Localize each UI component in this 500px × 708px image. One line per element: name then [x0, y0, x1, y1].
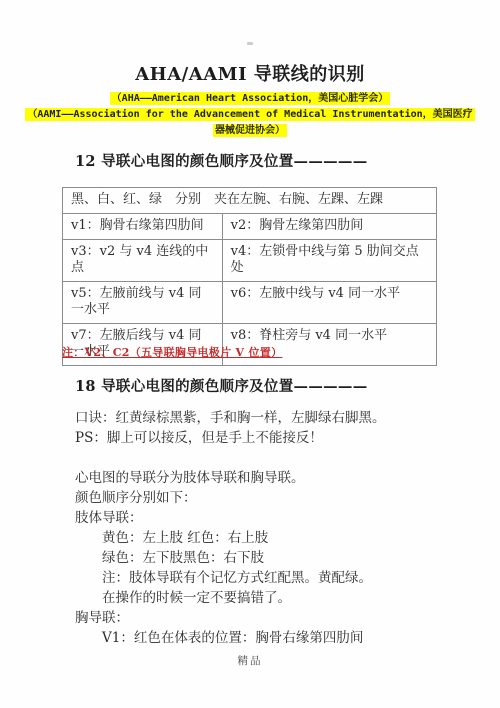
subtitle-line: （AHA——American Heart Association，美国心脏学会）	[0, 91, 500, 107]
subtitle-line: （AAMI——Association for the Advancement o…	[0, 107, 500, 123]
body-line: 注：肢体导联有个记忆方式红配黑。黄配绿。	[75, 568, 460, 588]
document-page: AHA/AAMI 导联线的识别 （AHA——American Heart Ass…	[0, 0, 500, 708]
table-header-row: 黑、白、红、绿 分别 夹在左腕、右腕、左踝、左踝	[63, 188, 437, 214]
table-cell: 黑、白、红、绿 分别 夹在左腕、右腕、左踝、左踝	[63, 188, 437, 214]
section-heading-18-lead: 18 导联心电图的颜色顺序及位置—————	[75, 375, 368, 396]
table-cell: v6：左腋中线与 v4 同一水平	[222, 282, 436, 324]
section-heading-12-lead: 12 导联心电图的颜色顺序及位置—————	[75, 150, 368, 171]
scan-artifact-mark	[247, 42, 253, 45]
body-line: 黄色：左上肢 红色：右上肢	[75, 528, 460, 548]
table-row: v5：左腋前线与 v4 同一水平 v6：左腋中线与 v4 同一水平	[63, 282, 437, 324]
table-cell: v5：左腋前线与 v4 同一水平	[63, 282, 223, 324]
body-line-mnemonic: 口诀：红黄绿棕黑紫，手和胸一样，左脚绿右脚黑。	[75, 408, 460, 428]
highlighted-text: （AAMI——Association for the Advancement o…	[25, 108, 474, 121]
body-line: 颜色顺序分别如下：	[75, 488, 460, 508]
red-note: 注：V2、C2（五导联胸导电极片 V 位置）	[62, 344, 282, 360]
body-line: 绿色：左下肢黑色：右下肢	[75, 548, 460, 568]
table-cell: v1：胸骨右缘第四肋间	[63, 214, 223, 240]
body-line: 心电图的导联分为肢体导联和胸导联。	[75, 468, 460, 488]
body-line-ps: PS：脚上可以接反，但是手上不能接反！	[75, 428, 460, 448]
table-row: v3：v2 与 v4 连线的中点 v4：左锁骨中线与第 5 肋间交点处	[63, 240, 437, 282]
subtitle-block: （AHA——American Heart Association，美国心脏学会）…	[0, 91, 500, 139]
table-cell: v2：胸骨左缘第四肋间	[222, 214, 436, 240]
page-title: AHA/AAMI 导联线的识别	[0, 60, 500, 86]
table-row: v1：胸骨右缘第四肋间 v2：胸骨左缘第四肋间	[63, 214, 437, 240]
body-text-block: 口诀：红黄绿棕黑紫，手和胸一样，左脚绿右脚黑。 PS：脚上可以接反，但是手上不能…	[75, 408, 460, 648]
subtitle-line: 器械促进协会）	[0, 123, 500, 139]
body-line: V1：红色在体表的位置：胸骨右缘第四肋间	[75, 628, 460, 648]
highlighted-text: （AHA——American Heart Association，美国心脏学会）	[110, 92, 391, 105]
body-line-limb-leads: 肢体导联：	[75, 508, 460, 528]
highlighted-text: 器械促进协会）	[213, 124, 287, 137]
leads-position-table: 黑、白、红、绿 分别 夹在左腕、右腕、左踝、左踝 v1：胸骨右缘第四肋间 v2：…	[62, 187, 437, 366]
body-line-chest-leads: 胸导联：	[75, 608, 460, 628]
table-cell: v4：左锁骨中线与第 5 肋间交点处	[222, 240, 436, 282]
body-line: 在操作的时候一定不要搞错了。	[75, 588, 460, 608]
footer-watermark: 精品	[0, 653, 500, 668]
table-cell: v3：v2 与 v4 连线的中点	[63, 240, 223, 282]
